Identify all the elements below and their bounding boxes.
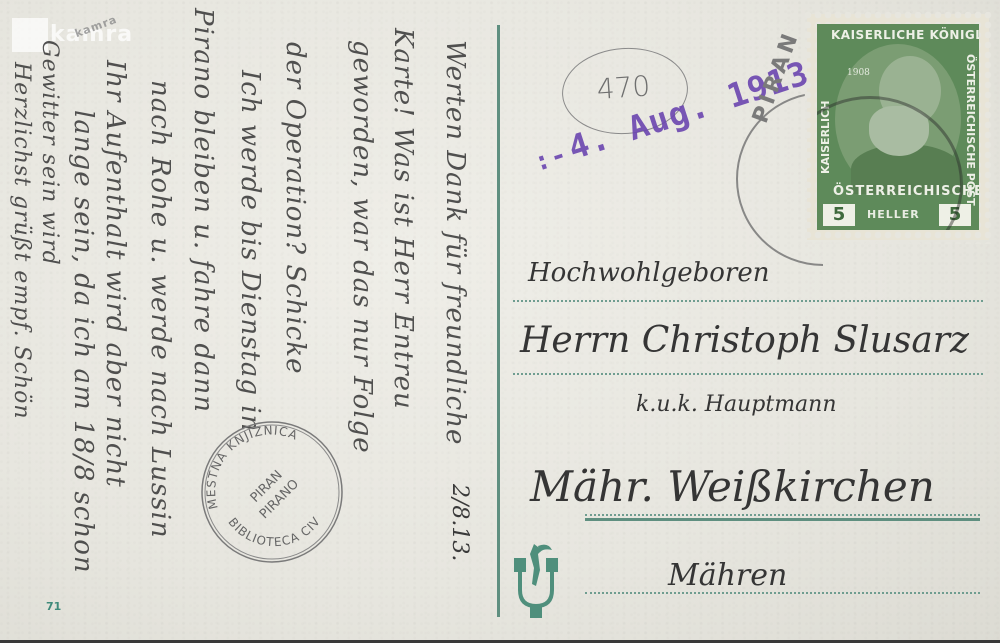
postage-stamp: 1908 KAISERLICHE KÖNIGLICHE KAISERLICH Ö… [807,14,989,240]
kamra-watermark: kamra kamra [12,18,133,52]
address-line-1 [513,300,983,302]
message-line: Gewitter sein wird [37,40,62,266]
message-line: der Operation? Schicke [280,42,310,375]
address-line-3-solid [585,518,980,521]
card-number: 71 [46,600,61,613]
center-divider [497,25,500,617]
address-city: Mähr. Weißkirchen [530,462,935,511]
address-line-3 [585,514,980,516]
stamp-design: 1908 KAISERLICHE KÖNIGLICHE KAISERLICH Ö… [817,24,979,230]
stamp-year: 1908 [847,68,870,78]
message-line: Ich werde bis Dienstag in [235,70,265,432]
archive-number: 470 [596,69,652,106]
publisher-logo-icon [512,540,560,622]
message-line: Ihr Aufenthalt wird aber nicht [100,60,130,488]
address-line-2 [513,373,983,375]
message-line: geworden, war das nur Folge [347,40,377,454]
address-line-4 [585,592,980,594]
address-name: Herrn Christoph Slusarz [520,320,969,361]
stamp-top-text: KAISERLICHE KÖNIGLICHE [831,28,979,42]
message-line: nach Rohe u. werde nach Lussin [145,80,175,539]
address-title: k.u.k. Hauptmann [636,392,837,417]
library-stamp: MESTNA KNJIZNICA BIBLIOTECA CIVICA PIRAN… [198,418,346,566]
message-line: lange sein, da ich am 18/8 schon [68,110,98,574]
message-line: Werten Dank für freundliche [440,40,470,445]
stamp-right-text: ÖSTERREICHISCHE POST [964,54,977,206]
message-line: Pirano bleiben u. fahre dann [188,8,218,413]
handwritten-date: 2/8.13. [447,484,472,561]
message-line: Herzlichst grüßt empf. Schön [9,62,34,420]
message-line: Karte! Was ist Herr Entreu [388,28,418,410]
address-salutation: Hochwohlgeboren [528,258,770,288]
postcard-back: kamra kamra Werten Dank für freundliche … [0,0,1000,643]
address-region: Mähren [668,558,787,593]
